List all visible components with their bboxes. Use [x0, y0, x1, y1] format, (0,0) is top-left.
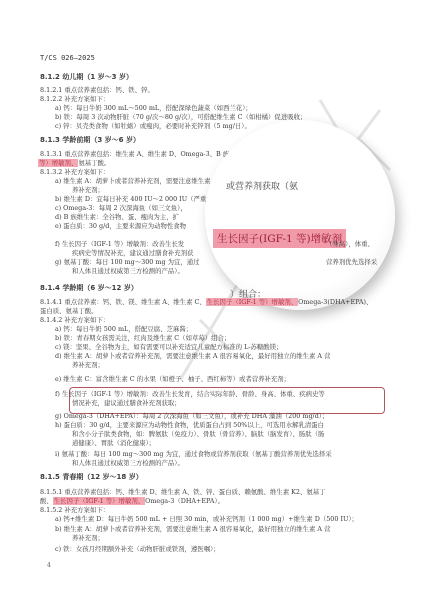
item-8-1-3-g: g) 氨基丁酸：每日 100 mg～300 mg 为宜，通过 [55, 258, 200, 266]
para-8-1-4-2: 8.1.4.2 补充方案如下： [40, 316, 109, 324]
highlight-growth-factor-cont: 等）增敏剂、 [38, 159, 78, 167]
item-8-1-4-h-cont2: 道健康）、胃肽（消化健康）； [72, 439, 155, 447]
item-8-1-5-b: b) 维生素 A：胡萝卜或者营养补充剂，需要注意维生素 A 很容易氧化，最好用独… [55, 525, 330, 533]
section-title-8-1-3: 8.1.3 学龄前期（3 岁～6 岁） [40, 136, 140, 144]
magnifier-top-text: 或营养剂获取（氨 [226, 179, 298, 192]
item-8-1-4-c: c) 镁：坚果、全谷物为主，如有需要可以补充适宜儿童配方标准的 L-苏糖酸镁； [55, 343, 282, 351]
highlight-growth-factor: 生长因子（IGF-1 等）增敏剂、 [206, 298, 298, 306]
item-8-1-4-h: h) 蛋白质：30 g/d，主要来源应为动物性食物，优质蛋白占到 50%以上，可… [55, 421, 324, 429]
item-8-1-4-h-cont1: 和含小分子肽类食物，如：脾氨肽（免疫力）、骨肽（骨营养）、脑肽（脑发育）、肠肽（… [72, 430, 324, 438]
item-8-1-3-f: f) 生长因子（IGF-1 等）增敏剂：改善生长发 [55, 240, 184, 248]
item-8-1-3-g-end: 营养剂优先选择采 [326, 258, 377, 266]
item-8-1-4-b: b) 铁：青春期女孩需关注，红肉及维生素 C（如草莓）组合； [55, 334, 230, 342]
para-8-1-4-1: 8.1.4.1 重点营养素：钙、铁、镁、维生素 A、维生素 C、生长因子（IGF… [40, 298, 372, 306]
item-8-1-3-a-cont: 养补充剂； [72, 186, 104, 194]
item-8-1-4-f: f) 生长因子（IGF-1 等）增敏剂：改善生长发育，结合实际年龄、骨龄、身高、… [55, 390, 325, 398]
section-title-8-1-5: 8.1.5 青春期（12 岁～18 岁） [40, 473, 143, 481]
para-8-1-5-1-cont: 酸、生长因子（IGF-1 等）增敏剂、Omega-3（DHA+EPA）。 [40, 497, 224, 505]
para-8-1-3-1-cont: 等）增敏剂、氨基丁酸。 [38, 159, 110, 167]
section-title-8-1-2: 8.1.2 幼儿期（1 岁～3 岁） [40, 73, 133, 81]
highlight-growth-factor: 生长因子（IGF-1 等）增敏剂、 [53, 497, 145, 505]
item-8-1-2-b: b) 铁：每周 3 次动物肝脏（70 g/次～80 g/次），可搭配维生素 C（… [55, 113, 306, 121]
para-8-1-4-1-text: 8.1.4.1 重点营养素：钙、铁、镁、维生素 A、维生素 C、 [40, 298, 206, 306]
item-8-1-4-i: i) 氨基丁酸：每日 100 mg～300 mg 为宜，通过食物或营养剂获取（氨… [55, 450, 332, 458]
item-8-1-4-a: a) 钙：每日牛奶 500 mL，搭配豆腐、芝麻酱； [55, 325, 192, 333]
para-8-1-2-1: 8.1.2.1 重点营养素包括：钙、铁、锌。 [40, 86, 154, 94]
item-8-1-4-d: d) 维生素 A：胡萝卜或者营养补充剂，需要注意维生素 A 很容易氧化，最好用独… [55, 352, 330, 360]
page-number: 4 [47, 562, 51, 569]
para-8-1-5-1-start: 酸、 [40, 497, 53, 505]
section-title-8-1-4: 8.1.4 学龄期（6 岁～12 岁） [40, 284, 138, 292]
item-8-1-4-d-cont: 养补充剂； [72, 361, 104, 369]
item-8-1-3-f-cont: 疾病史等情况补充，建议通过膳食补充剂获 [72, 249, 193, 257]
item-8-1-5-c: c) 铁：女孩月经期额外补充（动物肝脏或铁剂，遵医嘱）； [55, 545, 220, 553]
item-8-1-5-b-cont: 养补充剂； [72, 534, 104, 542]
document-page: T/CS 026—2025 8.1.2 幼儿期（1 岁～3 岁） 8.1.2.1… [0, 0, 431, 610]
item-8-1-4-i-cont: 和人体且通过权威第三方检测的产品）。 [72, 459, 184, 467]
item-8-1-2-a: a) 钙：每日牛奶 300 mL～500 mL，搭配深绿色蔬菜（如西兰花）； [55, 104, 252, 112]
item-8-1-4-e: e) 维生素 C：富含维生素 C 的水果（如橙子、柚子、西红柿等）或者营养补充剂… [55, 375, 290, 383]
magnifier-lens [205, 120, 395, 310]
para-8-1-5-2: 8.1.5.2 补充方案如下： [40, 506, 109, 514]
para-8-1-4-1-cont: 蛋白质、氨基丁酸。 [40, 307, 98, 315]
item-8-1-3-g-cont: 和人体且通过权威第三方检测的产品）。 [72, 267, 184, 275]
para-8-1-3-2: 8.1.3.2 补充方案如下： [40, 168, 109, 176]
para-8-1-5-1: 8.1.5.1 重点营养素包括：钙、维生素 D、维生素 A、铁、锌、蛋白质、赖氨… [40, 488, 326, 496]
para-8-1-4-1-end: Omega-3(DHA+EPA)、 [298, 298, 372, 306]
para-8-1-2-2: 8.1.2.2 补充方案如下： [40, 95, 109, 103]
item-8-1-3-e: e) 蛋白质：30 g/d，主要来源应为动物性食物 [55, 222, 186, 230]
para-8-1-5-1-end: Omega-3（DHA+EPA）。 [145, 497, 224, 505]
standard-id: T/CS 026—2025 [40, 54, 95, 62]
item-8-1-2-c: c) 锌：贝壳类食物（如牡蛎）或瘦肉，必要时补充锌剂（5 mg/日）。 [55, 122, 251, 130]
item-8-1-3-f-end: （身高），体重、 [326, 240, 374, 248]
item-8-1-4-f-cont: 情况补充，建议通过膳食补充剂获取； [72, 399, 181, 407]
item-8-1-3-c: c) Omega-3：每周 2 次深海鱼（如三文鱼）， [55, 204, 187, 212]
item-8-1-5-a: a) 钙+维生素 D：每日牛奶 500 mL + 日照 30 min，或补充钙剂… [55, 515, 358, 523]
para-8-1-3-1-end: 氨基丁酸。 [78, 159, 110, 167]
item-8-1-3-d: d) B 族维生素：全谷物、蛋、瘦肉为主，扩 [55, 213, 179, 221]
item-8-1-4-g: g) Omega-3（DHA+EPA）：每周 2 次深海鱼（如三文鱼），或补充 … [55, 412, 328, 420]
